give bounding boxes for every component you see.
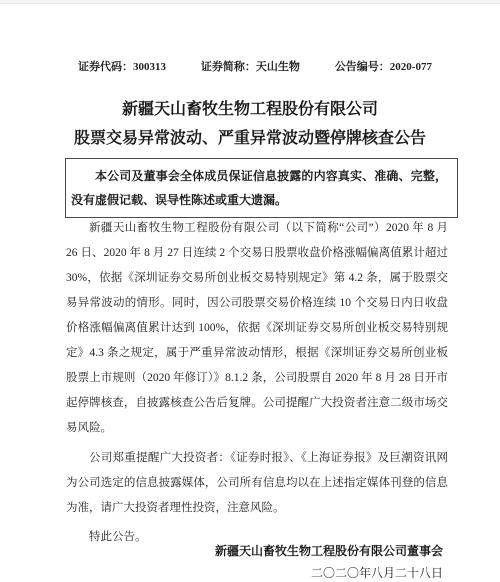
announcement-document-page: 证券代码：300313 证券简称：天山生物 公告编号：2020-077 新疆天山…	[0, 0, 500, 582]
securities-header-row: 证券代码：300313 证券简称：天山生物 公告编号：2020-077	[78, 58, 432, 74]
announcement-number-label: 公告编号：2020-077	[335, 58, 432, 74]
disclosure-statement-box: 本公司及董事会全体成员保证信息披露的内容真实、准确、完整，没有虚假记载、误导性陈…	[65, 158, 458, 218]
document-title-line1: 新疆天山畜牧生物工程股份有限公司	[0, 95, 500, 124]
stock-code-label: 证券代码：300313	[78, 58, 166, 74]
stock-name-label: 证券简称：天山生物	[201, 58, 300, 74]
body-paragraph-abnormal-fluctuation: 新疆天山畜牧生物工程股份有限公司（以下简称“公司”）2020 年 8 月 26 …	[66, 216, 448, 441]
document-title: 新疆天山畜牧生物工程股份有限公司 股票交易异常波动、严重异常波动暨停牌核查公告	[0, 95, 500, 153]
issuer-board-name: 新疆天山畜牧生物工程股份有限公司董事会	[215, 540, 443, 562]
signature-block: 新疆天山畜牧生物工程股份有限公司董事会 二〇二〇年八月二十八日	[215, 540, 443, 582]
body-paragraph-media-notice: 公司郑重提醒广大投资者：《证券时报》、《上海证券报》及巨潮资讯网为公司选定的信息…	[66, 446, 448, 521]
document-title-line2: 股票交易异常波动、严重异常波动暨停牌核查公告	[0, 124, 500, 153]
announcement-body: 新疆天山畜牧生物工程股份有限公司（以下简称“公司”）2020 年 8 月 26 …	[66, 216, 448, 550]
announcement-date: 二〇二〇年八月二十八日	[215, 562, 443, 582]
disclosure-statement-text: 本公司及董事会全体成员保证信息披露的内容真实、准确、完整，没有虚假记载、误导性陈…	[71, 169, 447, 207]
top-edge-strip	[0, 0, 500, 4]
